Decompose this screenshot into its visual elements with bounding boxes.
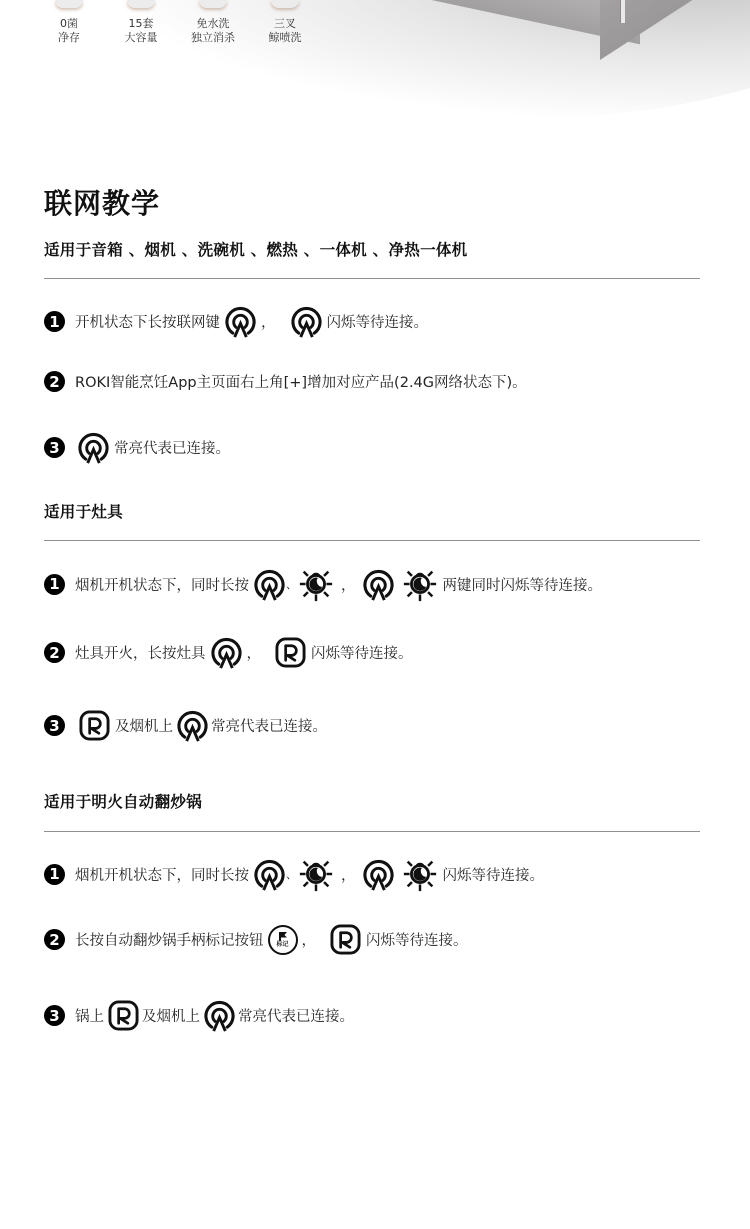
feature-pill-icon <box>199 0 227 8</box>
step-number-badge: 3 <box>44 715 65 736</box>
network-key-icon <box>253 857 286 892</box>
step-2: 2 灶具开火，长按灶具 ， 闪烁等待连接。 <box>44 635 413 670</box>
step-3: 3 及烟机上 常亮代表已连接。 <box>44 708 327 743</box>
r-key-icon <box>79 710 110 741</box>
feature-pill-icon <box>127 0 155 8</box>
step-text: 烟机开机状态下，同时长按 <box>75 574 249 595</box>
feature-line1: 0菌 <box>33 17 105 31</box>
step-text: 常亮代表已连接。 <box>114 437 230 458</box>
step-text: 锅上 <box>75 1005 104 1026</box>
step-text: 常亮代表已连接。 <box>211 715 327 736</box>
feature-list: 0菌 净存 15套 大容量 免水洗 独立消杀 三叉 鲸喷洗 <box>33 0 321 45</box>
step-text: ， <box>341 864 356 885</box>
step-number-badge: 1 <box>44 574 65 595</box>
divider <box>44 831 700 832</box>
step-text: ROKI智能烹饪App主页面右上角[+]增加对应产品(2.4G网络状态下)。 <box>75 371 527 392</box>
page-title: 联网教学 <box>44 182 160 222</box>
step-text: 及烟机上 <box>142 1005 200 1026</box>
flag-mark-label: 标记 <box>276 941 288 948</box>
feature-item: 三叉 鲸喷洗 <box>249 0 321 45</box>
network-key-icon <box>362 567 395 602</box>
step-text: 及烟机上 <box>115 715 173 736</box>
network-key-icon <box>77 430 110 465</box>
step-text: 烟机开机状态下，同时长按 <box>75 864 249 885</box>
step-text: 、 <box>286 576 297 592</box>
step-number-badge: 1 <box>44 311 65 332</box>
step-text: ， <box>341 574 356 595</box>
network-key-icon <box>210 635 243 670</box>
feature-pill-icon <box>271 0 299 8</box>
feature-label: 0菌 净存 <box>33 17 105 45</box>
r-key-icon <box>330 924 361 955</box>
feature-item: 15套 大容量 <box>105 0 177 45</box>
step-number-badge: 2 <box>44 371 65 392</box>
section-title-auto-wok: 适用于明火自动翻炒锅 <box>44 790 202 812</box>
step-text: 、 <box>286 866 297 882</box>
step-text: 闪烁等待连接。 <box>443 864 545 885</box>
r-key-icon <box>108 1000 139 1031</box>
feature-pill-icon <box>55 0 83 8</box>
step-text: 长按自动翻炒锅手柄标记按钮 <box>75 929 264 950</box>
step-number-badge: 2 <box>44 642 65 663</box>
feature-line2: 净存 <box>33 31 105 45</box>
step-text: ， <box>247 642 262 663</box>
network-key-icon <box>290 304 323 339</box>
step-text: ， <box>261 311 276 332</box>
step-text: 灶具开火，长按灶具 <box>75 642 206 663</box>
step-number-badge: 2 <box>44 929 65 950</box>
step-3: 3 常亮代表已连接。 <box>44 430 230 465</box>
feature-line2: 大容量 <box>105 31 177 45</box>
step-text: 闪烁等待连接。 <box>311 642 413 663</box>
step-1: 1 烟机开机状态下，同时长按 、 ， 闪烁等待连接。 <box>44 855 544 893</box>
feature-line2: 鲸喷洗 <box>249 31 321 45</box>
feature-label: 三叉 鲸喷洗 <box>249 17 321 45</box>
step-3: 3 锅上 及烟机上 常亮代表已连接。 <box>44 998 354 1033</box>
step-2: 2 ROKI智能烹饪App主页面右上角[+]增加对应产品(2.4G网络状态下)。 <box>44 371 527 392</box>
feature-label: 15套 大容量 <box>105 17 177 45</box>
step-number-badge: 3 <box>44 1005 65 1026</box>
step-text: 闪烁等待连接。 <box>366 929 468 950</box>
feature-line1: 免水洗 <box>177 17 249 31</box>
step-2: 2 长按自动翻炒锅手柄标记按钮 标记 ， 闪烁等待连接。 <box>44 924 468 955</box>
section-title-speaker-hood: 适用于音箱 、烟机 、洗碗机 、燃热 、一体机 、净热一体机 <box>44 238 467 260</box>
step-text: 闪烁等待连接。 <box>327 311 429 332</box>
feature-line1: 三叉 <box>249 17 321 31</box>
network-key-icon <box>224 304 257 339</box>
feature-item: 免水洗 独立消杀 <box>177 0 249 45</box>
flag-mark-button-icon: 标记 <box>268 925 298 955</box>
light-key-icon <box>297 565 335 603</box>
step-text: 常亮代表已连接。 <box>238 1005 354 1026</box>
step-number-badge: 1 <box>44 864 65 885</box>
divider <box>44 540 700 541</box>
step-text: ， <box>302 929 317 950</box>
step-text: 两键同时闪烁等待连接。 <box>443 574 603 595</box>
light-key-icon <box>401 565 439 603</box>
divider <box>44 278 700 279</box>
step-1: 1 开机状态下长按联网键 ， 闪烁等待连接。 <box>44 304 428 339</box>
feature-item: 0菌 净存 <box>33 0 105 45</box>
network-key-icon <box>253 567 286 602</box>
r-key-icon <box>275 637 306 668</box>
step-1: 1 烟机开机状态下，同时长按 、 ， 两键同时闪烁等待连接。 <box>44 565 602 603</box>
feature-line1: 15套 <box>105 17 177 31</box>
section-title-stove: 适用于灶具 <box>44 500 123 522</box>
network-key-icon <box>203 998 236 1033</box>
feature-label: 免水洗 独立消杀 <box>177 17 249 45</box>
light-key-icon <box>297 855 335 893</box>
feature-line2: 独立消杀 <box>177 31 249 45</box>
network-key-icon <box>362 857 395 892</box>
network-key-icon <box>176 708 209 743</box>
light-key-icon <box>401 855 439 893</box>
appliance-door-edge <box>620 0 625 23</box>
product-banner: 0菌 净存 15套 大容量 免水洗 独立消杀 三叉 鲸喷洗 <box>0 0 750 135</box>
step-number-badge: 3 <box>44 437 65 458</box>
step-text: 开机状态下长按联网键 <box>75 311 220 332</box>
